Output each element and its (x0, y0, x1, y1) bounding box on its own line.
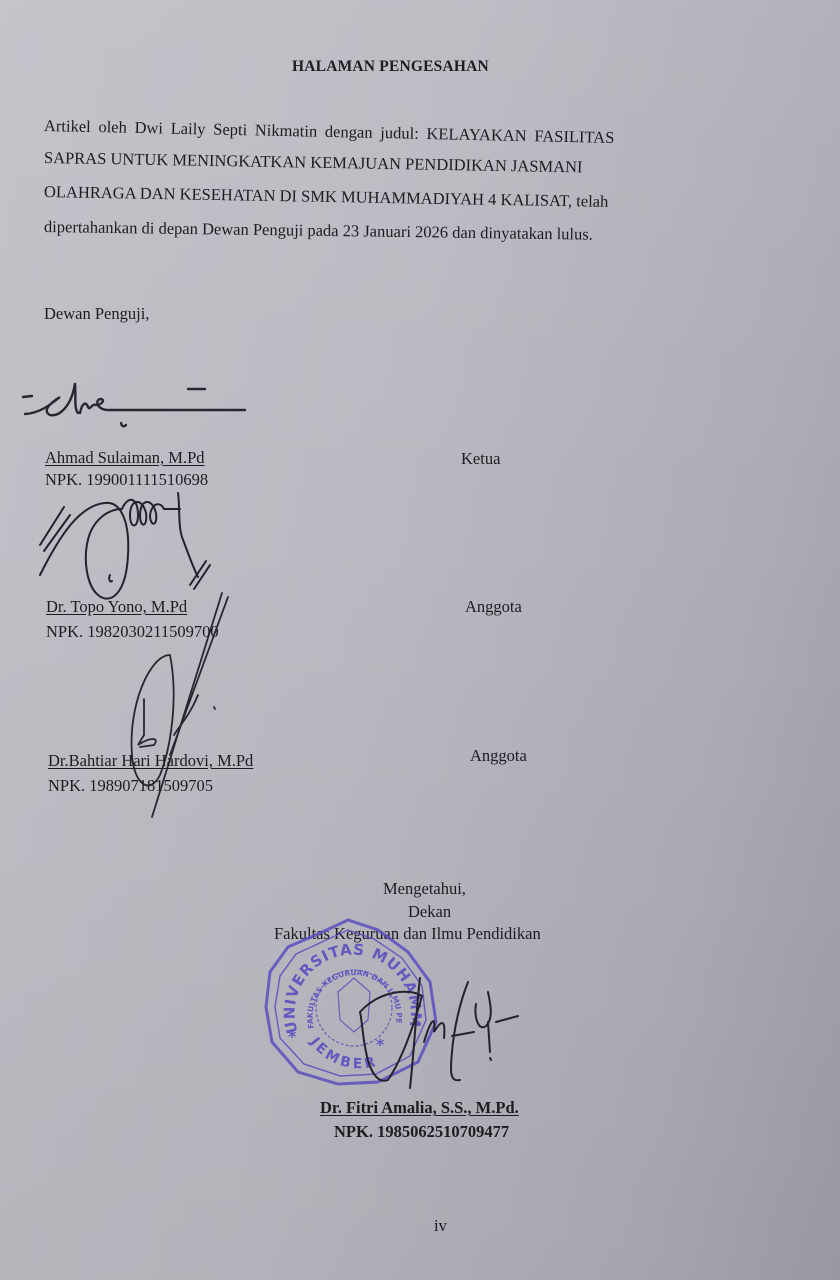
examiners-label: Dewan Penguji, (44, 304, 149, 324)
examiner-3-role: Anggota (470, 746, 527, 766)
page-number: iv (434, 1216, 447, 1236)
signature-ketua (20, 375, 250, 435)
svg-text:*: * (288, 1027, 297, 1046)
paragraph-line-4: dipertahankan di depan Dewan Penguji pad… (44, 217, 593, 245)
dean-name: Dr. Fitri Amalia, S.S., M.Pd. (320, 1098, 519, 1118)
dean-npk: NPK. 1985062510709477 (334, 1122, 509, 1142)
signature-dean (350, 972, 530, 1092)
paragraph-line-3: OLAHRAGA DAN KESEHATAN DI SMK MUHAMMADIY… (44, 182, 609, 212)
paragraph-line-1: Artikel oleh Dwi Laily Septi Nikmatin de… (44, 116, 615, 148)
examiner-2-role: Anggota (465, 597, 522, 617)
paragraph-line-2: SAPRAS UNTUK MENINGKATKAN KEMAJUAN PENDI… (44, 148, 583, 177)
page-title: HALAMAN PENGESAHAN (292, 58, 489, 76)
examiner-3-npk: NPK. 198907181509705 (48, 776, 213, 796)
examiner-1-name: Ahmad Sulaiman, M.Pd (45, 448, 205, 468)
acknowledged-label: Mengetahui, (383, 879, 466, 899)
examiner-3-name: Dr.Bahtiar Hari Hardovi, M.Pd (48, 751, 253, 771)
examiner-1-role: Ketua (461, 449, 500, 469)
